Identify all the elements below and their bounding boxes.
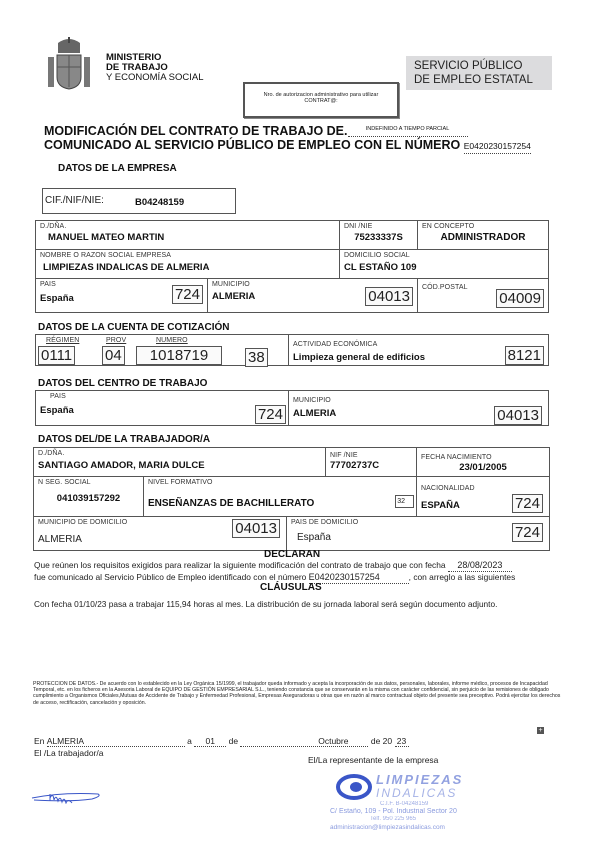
- sepe-line-2: DE EMPLEO ESTATAL: [414, 73, 544, 87]
- centro-pais-label: PAIS: [50, 393, 284, 400]
- prov-value: 04: [102, 346, 125, 365]
- a-label: a: [187, 736, 192, 746]
- stamp-line-1: LIMPIEZAS: [376, 772, 463, 787]
- section-empresa: DATOS DE LA EMPRESA: [58, 163, 177, 174]
- trab-nss-label: N SEG. SOCIAL: [38, 479, 139, 486]
- stamp-line-2: INDALICAS: [376, 786, 457, 800]
- coat-of-arms-icon: [40, 35, 98, 93]
- trab-dona-label: D./DÑA.: [38, 450, 321, 457]
- trab-nif-value: 77702737C: [330, 460, 412, 471]
- firma-dia: 01: [194, 736, 226, 747]
- communication-number: E0420230157254: [464, 139, 531, 154]
- declaran-title: DECLARAN: [264, 549, 320, 560]
- numero-label: NUMERO: [156, 337, 188, 344]
- cif-value: B04248159: [135, 197, 184, 208]
- stamp-line-4: C/ Estaño, 109 - Pol. Industrial Sector …: [330, 808, 457, 815]
- trab-mun-dom-code: 04013: [232, 519, 280, 538]
- firma-line: En ALMERIA a 01 de Octubre de 20 23: [34, 736, 409, 747]
- expand-icon[interactable]: +: [537, 727, 544, 734]
- trab-pais-dom-value: España: [297, 532, 545, 543]
- numero-value: 1018719: [136, 346, 222, 365]
- dni-label: DNI /NIE: [344, 223, 413, 230]
- trab-pais-dom-code: 724: [512, 523, 543, 542]
- section-trabajador: DATOS DEL/DE LA TRABAJADOR/A: [38, 434, 210, 445]
- trab-nivel-code: 32: [395, 495, 414, 508]
- cif-box: CIF./NIF/NIE: B04248159: [42, 188, 236, 214]
- regimen-label: RÉGIMEN: [46, 337, 79, 344]
- domicilio-label: DOMICILIO SOCIAL: [344, 252, 544, 259]
- centro-pais-value: España: [40, 405, 284, 416]
- concepto-label: EN CONCEPTO: [422, 223, 544, 230]
- prov-label: PROV: [106, 337, 126, 344]
- clausulas-title: CLÁUSULAS: [260, 582, 322, 593]
- cotizacion-row: RÉGIMEN 0111 PROV 04 NUMERO 1018719 38 A…: [35, 334, 549, 366]
- trab-nacionalidad-label: NACIONALIDAD: [421, 485, 545, 492]
- cif-label: CIF./NIF/NIE:: [45, 195, 104, 206]
- dc-value: 38: [245, 348, 268, 367]
- empresa-row-2: NOMBRE O RAZON SOCIAL EMPRESALIMPIEZAS I…: [35, 250, 549, 279]
- trab-nivel-label: NIVEL FORMATIVO: [148, 479, 412, 486]
- regimen-value: 0111: [38, 346, 75, 365]
- stamp-line-6: administracion@limpiezasindalicas.com: [330, 824, 445, 831]
- dni-value: 75233337S: [344, 232, 413, 243]
- auth-box-contrata: CONTRAT@:: [245, 98, 397, 104]
- trab-nivel-value: ENSEÑANZAS DE BACHILLERATO: [148, 498, 412, 509]
- ministry-name: MINISTERIO DE TRABAJO Y ECONOMÍA SOCIAL: [106, 53, 204, 83]
- trabajador-row-1: D./DÑA.SANTIAGO AMADOR, MARIA DULCE NIF …: [33, 447, 550, 477]
- declaran-text-2: fue comunicado al Servicio Público de Em…: [34, 572, 306, 582]
- dona-value: MANUEL MATEO MARTIN: [48, 232, 335, 243]
- actividad-code: 8121: [505, 346, 544, 365]
- centro-municipio-label: MUNICIPIO: [293, 397, 544, 404]
- document-title: MODIFICACIÓN DEL CONTRATO DE TRABAJO DE.…: [44, 122, 531, 154]
- declaran-numero: E0420230157254: [309, 572, 409, 584]
- trab-pais-dom-label: PAIS DE DOMICILIO: [291, 519, 545, 526]
- proteccion-datos-text: PROTECCION DE DATOS.- De acuerdo con lo …: [33, 681, 561, 706]
- empresa-row-1: D./DÑA.MANUEL MATEO MARTIN DNI /NIE75233…: [35, 220, 549, 250]
- municipio-code: 04013: [365, 287, 413, 306]
- trabajador-row-3: MUNICIPIO DE DOMICILIO ALMERIA 04013 PAI…: [33, 517, 550, 551]
- declaran-text-1: Que reúnen los requisitos exigidos para …: [34, 560, 446, 570]
- razon-value: LIMPIEZAS INDALICAS DE ALMERIA: [43, 262, 335, 273]
- trab-nacionalidad-code: 724: [512, 494, 543, 513]
- cp-value: 04009: [496, 289, 544, 308]
- sepe-logo: SERVICIO PÚBLICO DE EMPLEO ESTATAL: [406, 56, 552, 90]
- centro-municipio-code: 04013: [494, 406, 542, 425]
- dona-label: D./DÑA.: [40, 223, 335, 230]
- firma-anio: 23: [395, 736, 409, 747]
- trab-nacimiento-label: FECHA NACIMIENTO: [421, 454, 545, 461]
- domicilio-value: CL ESTAÑO 109: [344, 262, 544, 273]
- worker-signature: [30, 790, 102, 804]
- empresa-row-3: PAISEspaña724 MUNICIPIOALMERIA04013 CÓD.…: [35, 279, 549, 313]
- firma-mes: Octubre: [240, 736, 368, 747]
- company-stamp: LIMPIEZAS INDALICAS C.I.F. B-04248159 C/…: [330, 770, 480, 832]
- pais-code: 724: [172, 285, 203, 304]
- trab-nss-value: 041039157292: [38, 493, 139, 504]
- declaran-text-3: , con arreglo a las siguientes: [409, 572, 516, 582]
- stamp-line-5: Telf. 950 225 965: [370, 816, 416, 822]
- trab-nacimiento-value: 23/01/2005: [421, 462, 545, 473]
- trab-dona-value: SANTIAGO AMADOR, MARIA DULCE: [38, 460, 321, 471]
- representante-sign-label: El/La representante de la empresa: [308, 755, 438, 765]
- centro-row: PAIS España 724 MUNICIPIO ALMERIA 04013: [35, 390, 549, 426]
- ministry-line-3: Y ECONOMÍA SOCIAL: [106, 73, 204, 83]
- auth-number-box: Nro. de autorizacion administrativo para…: [243, 82, 399, 118]
- declaran-fecha: 28/08/2023: [448, 560, 512, 572]
- concepto-value: ADMINISTRADOR: [422, 232, 544, 243]
- trabajador-row-2: N SEG. SOCIAL041039157292 NIVEL FORMATIV…: [33, 477, 550, 517]
- section-cotizacion: DATOS DE LA CUENTA DE COTIZACIÓN: [38, 322, 229, 333]
- title-line-1: MODIFICACIÓN DEL CONTRATO DE TRABAJO DE: [44, 124, 344, 138]
- de20-label: de 20: [371, 736, 392, 746]
- section-centro: DATOS DEL CENTRO DE TRABAJO: [38, 378, 207, 389]
- trabajador-sign-label: El /La trabajador/a: [34, 748, 103, 758]
- declaran-text: Que reúnen los requisitos exigidos para …: [34, 560, 554, 584]
- firma-lugar: ALMERIA: [47, 736, 185, 747]
- contract-type: INDEFINIDO A TIEMPO PARCIAL: [348, 122, 468, 137]
- title-line-2: COMUNICADO AL SERVICIO PÚBLICO DE EMPLEO…: [44, 138, 460, 152]
- en-label: En: [34, 736, 44, 746]
- trab-nif-label: NIF /NIE: [330, 452, 412, 459]
- company-logo-icon: [336, 774, 372, 800]
- sepe-line-1: SERVICIO PÚBLICO: [414, 59, 544, 73]
- clausulas-text: Con fecha 01/10/23 pasa a trabajar 115,9…: [34, 599, 564, 609]
- centro-pais-code: 724: [255, 405, 286, 424]
- razon-label: NOMBRE O RAZON SOCIAL EMPRESA: [40, 252, 335, 259]
- de-label: de: [229, 736, 238, 746]
- stamp-line-3: C.I.F. B-04248159: [380, 801, 428, 807]
